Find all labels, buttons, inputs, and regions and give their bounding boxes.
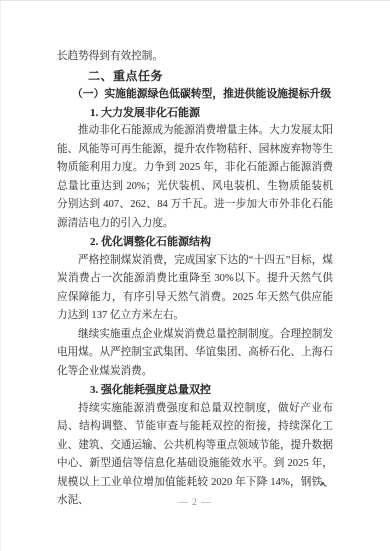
numbered-heading-1: 1. 大力发展非化石能源 xyxy=(57,104,333,123)
body-paragraph: 持续实施能源消费强度和总量双控制度，做好产业布局、结构调整、节能审查与能耗双控的… xyxy=(57,400,333,511)
subsection-heading: （一）实施能源绿色低碳转型，推进供能设施提标升级 xyxy=(57,85,333,104)
section-heading: 二、重点任务 xyxy=(57,67,333,86)
body-paragraph: 推动非化石能源成为能源消费增量主体。大力发展太阳能、风能等可再生能源，提升农作物… xyxy=(57,122,333,233)
body-paragraph-continued: 长趋势得到有效控制。 xyxy=(57,48,333,67)
numbered-heading-3: 3. 强化能耗强度总量双控 xyxy=(57,381,333,400)
scan-artifact-dot xyxy=(321,482,324,485)
body-paragraph: 严格控制煤炭消费，完成国家下达的“十四五”目标，煤炭消费占一次能源消费比重降至 … xyxy=(57,252,333,326)
body-paragraph: 继续实施重点企业煤炭消费总量控制制度。合理控制发电用煤。从严控制宝武集团、华谊集… xyxy=(57,326,333,382)
page-number: — 2 — xyxy=(0,498,390,508)
document-body: 长趋势得到有效控制。 二、重点任务 （一）实施能源绿色低碳转型，推进供能设施提标… xyxy=(57,48,333,511)
scan-artifact-dot xyxy=(325,485,327,487)
document-page: 长趋势得到有效控制。 二、重点任务 （一）实施能源绿色低碳转型，推进供能设施提标… xyxy=(0,0,390,551)
numbered-heading-2: 2. 优化调整化石能源结构 xyxy=(57,233,333,252)
